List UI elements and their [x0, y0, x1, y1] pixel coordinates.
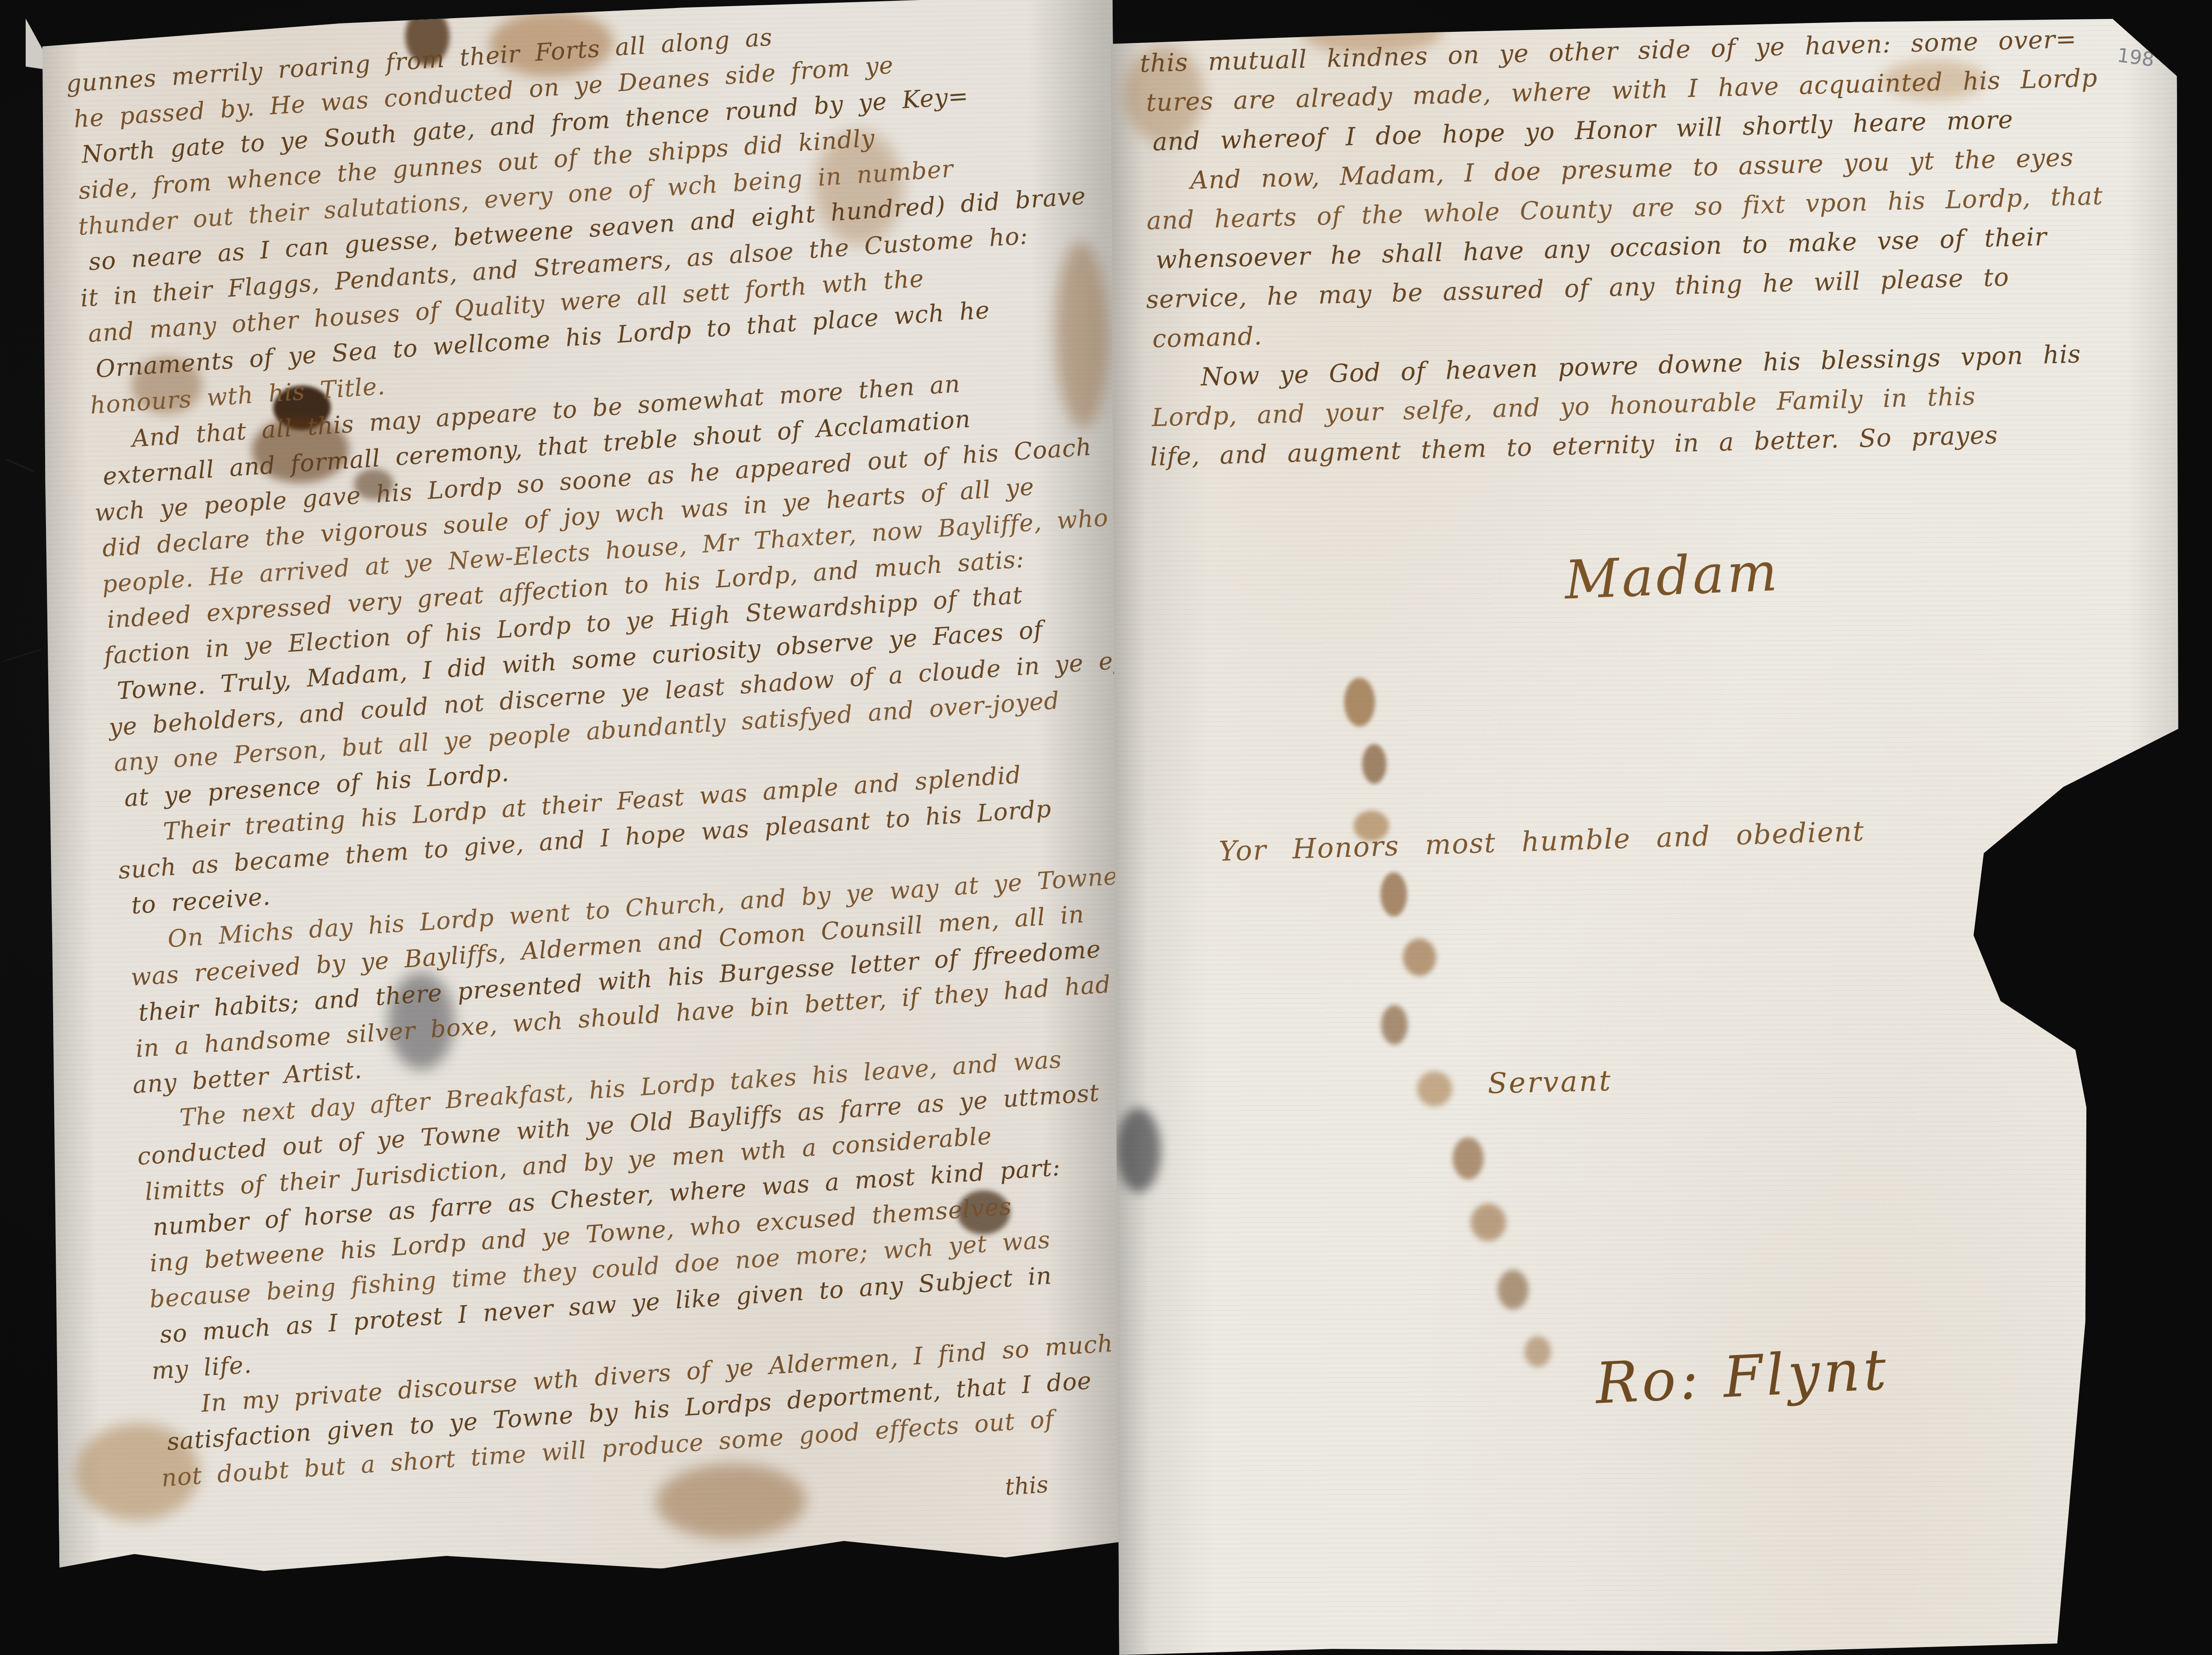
ink-blot	[1403, 938, 1436, 976]
smudge-stain	[1116, 1108, 1161, 1192]
letter-page-right: this mutuall kindnes on ye other side of…	[1110, 5, 2185, 1655]
photograph-background: gunnes merrily roaring from their Forts …	[0, 0, 2212, 1655]
backdrop-scratch	[3, 649, 42, 662]
closing-line: Yor Honors most humble and obedient	[1218, 815, 1865, 868]
signature: Ro: Flynt	[1594, 1336, 1891, 1417]
paper-stain	[655, 1463, 806, 1540]
ink-blot	[1498, 1270, 1528, 1309]
ink-blot	[1381, 1005, 1408, 1045]
ink-blot	[1471, 1203, 1506, 1241]
closing-salutation: Madam	[1563, 541, 1781, 611]
ink-blot	[1525, 1336, 1551, 1367]
ink-blot	[1344, 678, 1375, 726]
ink-blot	[1417, 1071, 1452, 1106]
closing-servant: Servant	[1487, 1065, 1613, 1100]
letter-page-left: gunnes merrily roaring from their Forts …	[38, 0, 1134, 1577]
ink-blot	[1380, 872, 1407, 917]
letter-body-right: this mutuall kindnes on ye other side of…	[1139, 17, 2190, 477]
ink-blot	[1362, 744, 1386, 784]
catchword: this	[1004, 1471, 1049, 1501]
ink-blot	[1452, 1137, 1483, 1179]
letter-body-left: gunnes merrily roaring from their Forts …	[65, 0, 1219, 1496]
backdrop-scratch	[5, 458, 35, 472]
